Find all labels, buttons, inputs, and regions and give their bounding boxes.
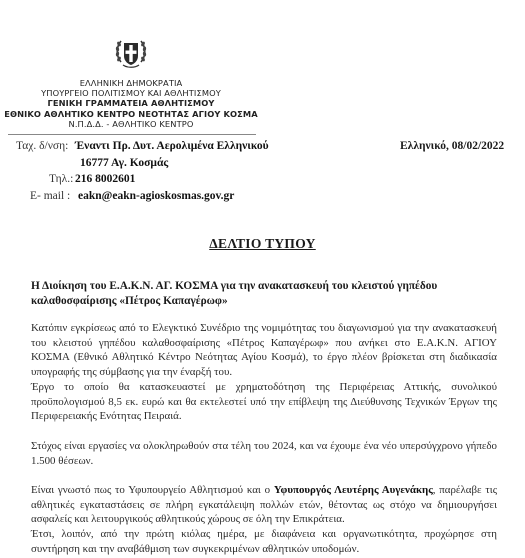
organization-header: ΕΛΛΗΝΙΚΗ ΔΗΜΟΚΡΑΤΙΑ ΥΠΟΥΡΓΕΙΟ ΠΟΛΙΤΙΣΜΟΥ… (0, 78, 262, 129)
paragraph-upgrade: Έτσι, λοιπόν, από την πρώτη κιόλας ημέρα… (31, 527, 497, 556)
org-line-republic: ΕΛΛΗΝΙΚΗ ΔΗΜΟΚΡΑΤΙΑ (0, 78, 262, 88)
contact-block: Ταχ. δ/νση: Έναντι Πρ. Δυτ. Αερολιμένα Ε… (0, 138, 300, 204)
address-line-2: 16777 Αγ. Κοσμάς (80, 155, 168, 172)
address-line-1: Έναντι Πρ. Δυτ. Αερολιμένα Ελληνικού (75, 138, 269, 155)
email-link[interactable]: eakn@eakn-agioskosmas.gov.gr (78, 188, 234, 205)
document-subject: Η Διοίκηση του Ε.Α.Κ.Ν. ΑΓ. ΚΟΣΜΑ για τη… (31, 279, 471, 308)
paragraph-funding: Έργο το οποίο θα κατασκευαστεί με χρηματ… (31, 380, 497, 424)
email-label: E- mail : (30, 188, 70, 205)
phone-number: 216 8002601 (75, 171, 135, 188)
deputy-minister-name: Υφυπουργός Λευτέρης Αυγενάκης (274, 484, 433, 496)
document-title: ΔΕΛΤΙΟ ΤΥΠΟΥ (0, 236, 525, 252)
phone-label: Τηλ.: (49, 171, 73, 188)
paragraph-ministry-start: Είναι γνωστό πως το Υφυπουργείο Αθλητισμ… (31, 484, 274, 496)
greek-coat-of-arms-icon (113, 36, 149, 70)
header-divider (8, 134, 256, 135)
address-label: Ταχ. δ/νση: (16, 138, 68, 155)
org-line-ministry: ΥΠΟΥΡΓΕΙΟ ΠΟΛΙΤΙΣΜΟΥ ΚΑΙ ΑΘΛΗΤΙΣΜΟΥ (0, 88, 262, 98)
date-line: Ελληνικό, 08/02/2022 (400, 140, 504, 152)
org-line-secretariat: ΓΕΝΙΚΗ ΓΡΑΜΜΑΤΕΙΑ ΑΘΛΗΤΙΣΜΟΥ (0, 98, 262, 108)
paragraph-approval: Κατόπιν εγκρίσεως από το Ελεγκτικό Συνέδ… (31, 321, 497, 380)
paragraph-goal: Στόχος είναι εργασίες να ολοκληρωθούν στ… (31, 439, 497, 468)
paragraph-ministry: Είναι γνωστό πως το Υφυπουργείο Αθλητισμ… (31, 483, 497, 527)
org-line-center: ΕΘΝΙΚΟ ΑΘΛΗΤΙΚΟ ΚΕΝΤΡΟ ΝΕΟΤΗΤΑΣ ΑΓΙΟΥ ΚΟ… (0, 109, 262, 119)
org-line-legal-entity: Ν.Π.Δ.Δ. - ΑΘΛΗΤΙΚΟ ΚΕΝΤΡΟ (0, 119, 262, 129)
